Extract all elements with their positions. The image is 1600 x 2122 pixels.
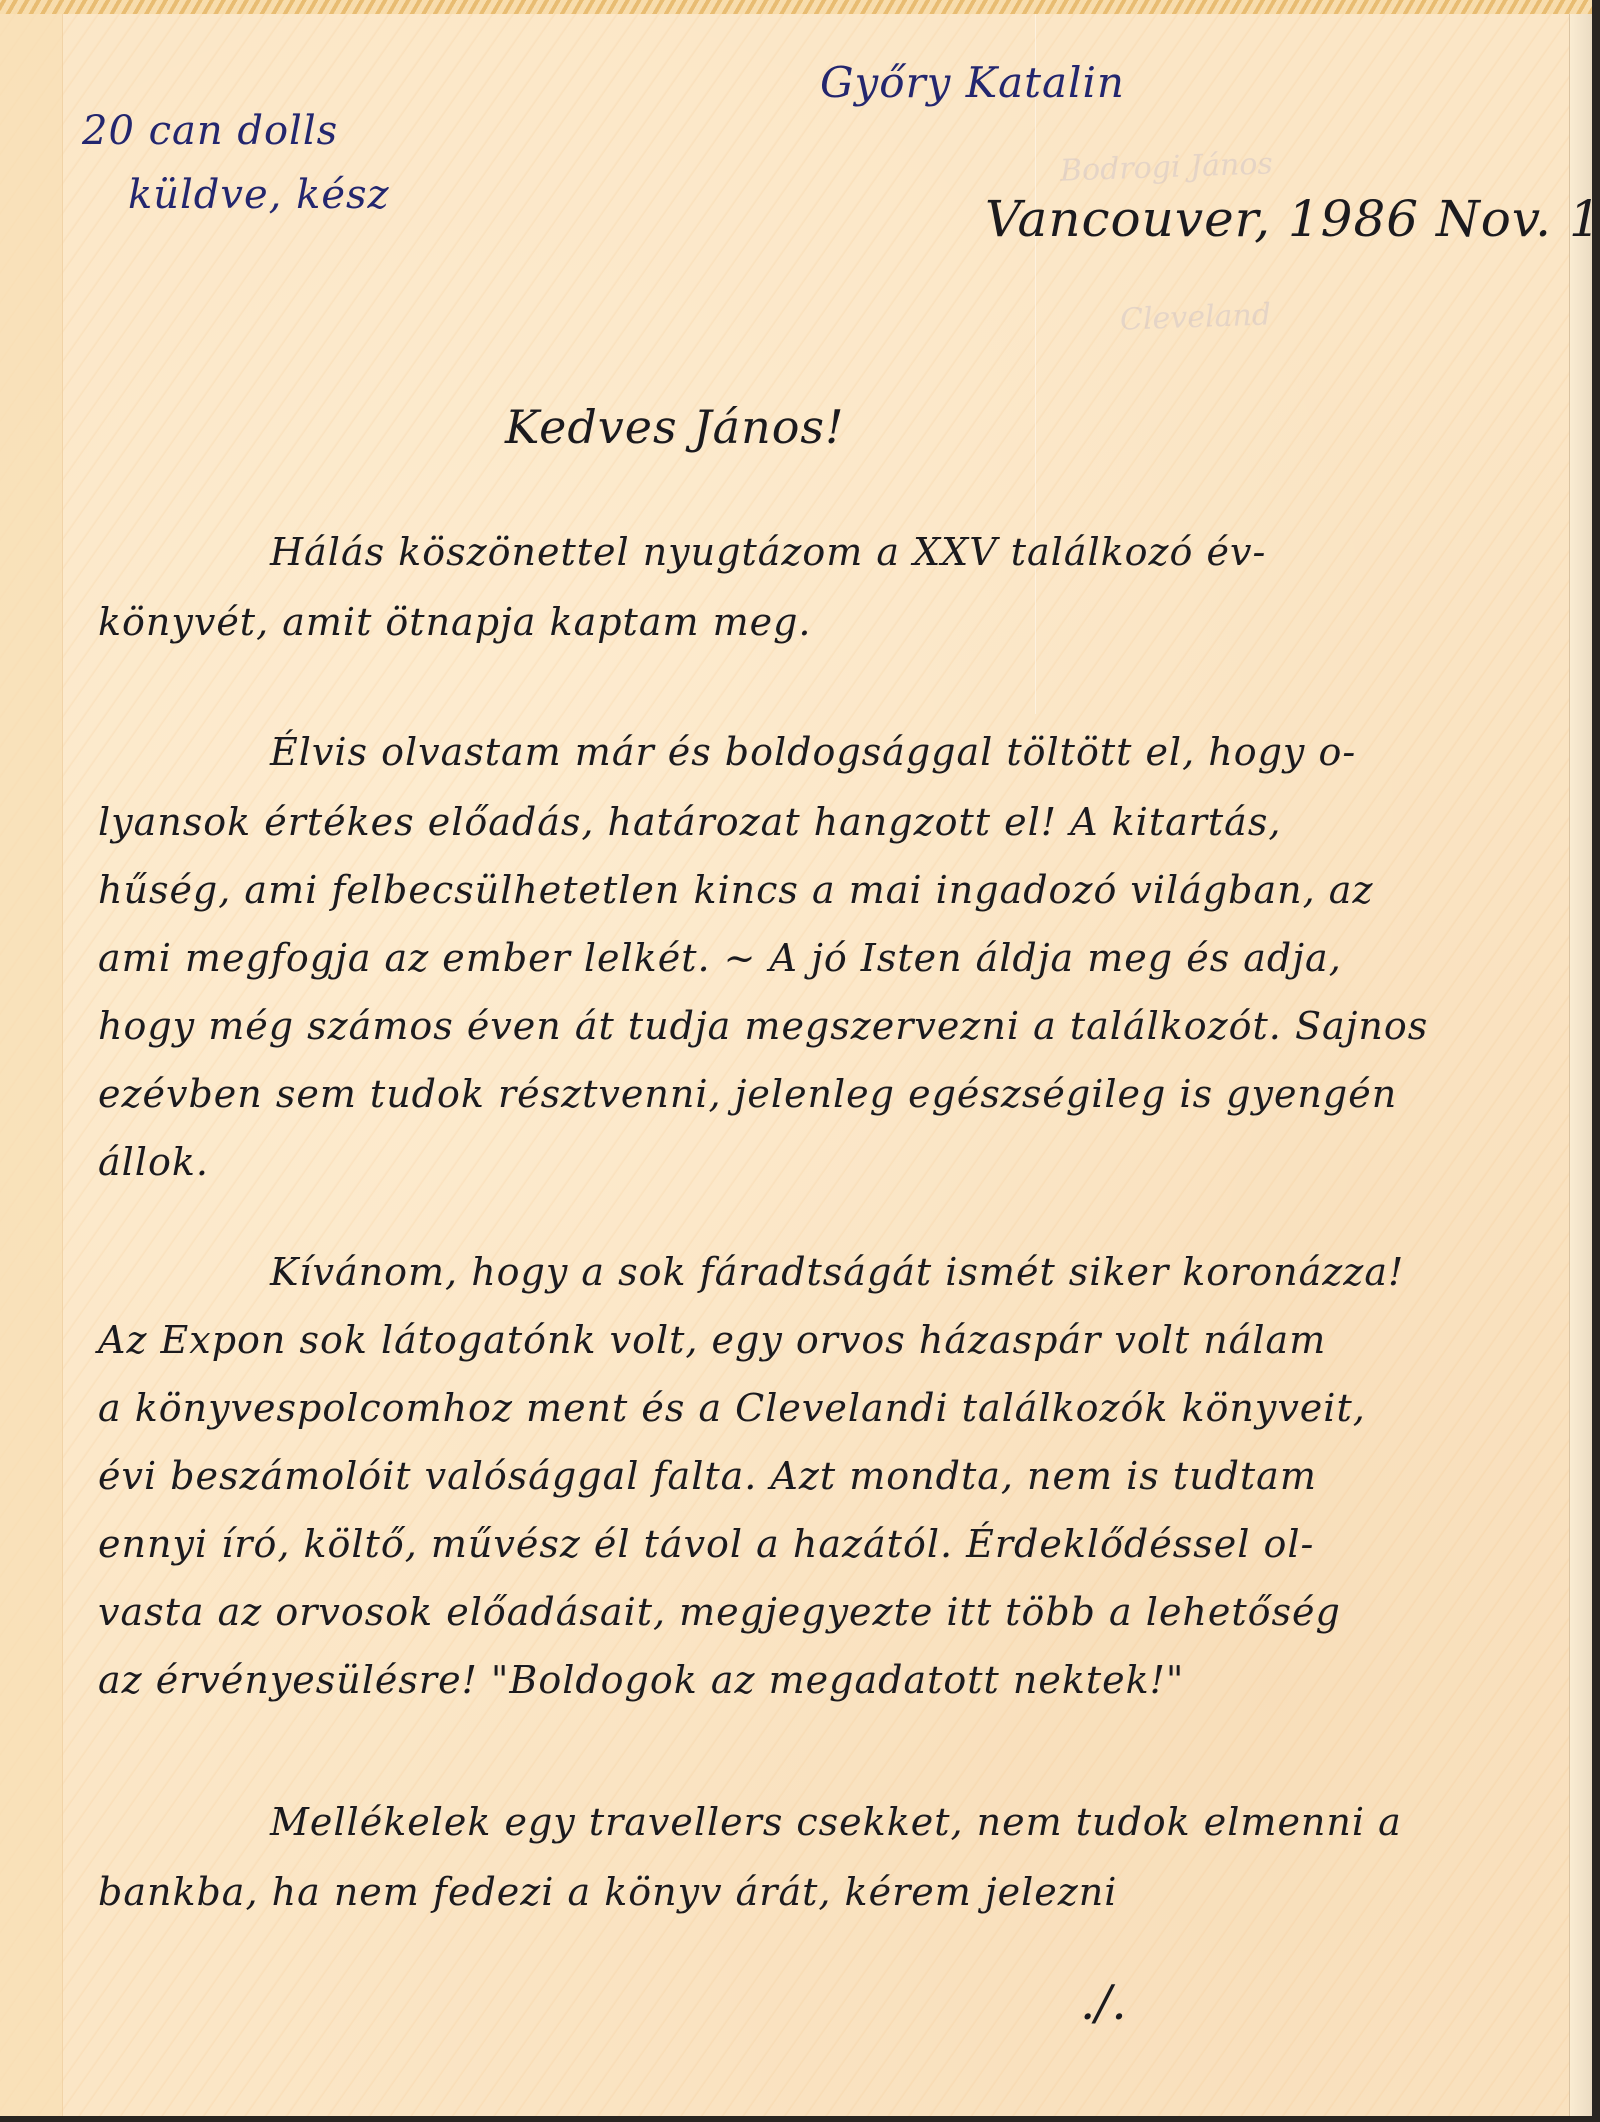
show-through-text: Cleveland: [1119, 297, 1271, 337]
letter-line: hűség, ami felbecsülhetetlen kincs a mai…: [98, 868, 1373, 912]
show-through-text: Bodrogi János: [1059, 146, 1273, 188]
page-continuation-marker: ./.: [1080, 1975, 1127, 2031]
letter-line: Élvis olvastam már és boldogsággal töltö…: [270, 730, 1356, 774]
letter-line: Az Expon sok látogatónk volt, egy orvos …: [98, 1318, 1326, 1362]
letter-line: állok.: [98, 1140, 209, 1184]
letter-line: vasta az orvosok előadásait, megjegyezte…: [98, 1590, 1341, 1634]
letter-line: Kívánom, hogy a sok fáradtságát ismét si…: [270, 1250, 1404, 1294]
paper-right-edge: [1569, 14, 1592, 2116]
margin-note-amount: 20 can dolls: [82, 108, 338, 154]
salutation: Kedves János!: [505, 400, 845, 454]
paper-top-band: [0, 0, 1592, 14]
letter-line: könyvét, amit ötnapja kaptam meg.: [98, 600, 812, 644]
letter-line: ezévben sem tudok résztvenni, jelenleg e…: [98, 1072, 1397, 1116]
letter-line: hogy még számos éven át tudja megszervez…: [98, 1004, 1428, 1048]
letter-line: a könyvespolcomhoz ment és a Clevelandi …: [98, 1386, 1366, 1430]
letter-line: lyansok értékes előadás, határozat hangz…: [98, 800, 1281, 844]
letter-line: évi beszámolóit valósággal falta. Azt mo…: [98, 1454, 1317, 1498]
letter-line: Hálás köszönettel nyugtázom a XXV találk…: [270, 530, 1266, 574]
letter-line: az érvényesülésre! "Boldogok az megadato…: [98, 1658, 1184, 1702]
letter-page: Bodrogi János Cleveland 20 can dolls kül…: [0, 0, 1592, 2116]
paper-fold-line: [1035, 14, 1036, 714]
letter-line: bankba, ha nem fedezi a könyv árát, kére…: [98, 1870, 1117, 1914]
author-name: Győry Katalin: [820, 58, 1125, 107]
letter-line: ami megfogja az ember lelkét. ~ A jó Ist…: [98, 936, 1342, 980]
left-margin-strip: [0, 14, 63, 2116]
margin-note-status: küldve, kész: [128, 172, 390, 218]
letter-line: Mellékelek egy travellers csekket, nem t…: [270, 1800, 1402, 1844]
letter-line: ennyi író, költő, művész él távol a hazá…: [98, 1522, 1314, 1566]
place-and-date: Vancouver, 1986 Nov. 18.: [985, 190, 1592, 248]
